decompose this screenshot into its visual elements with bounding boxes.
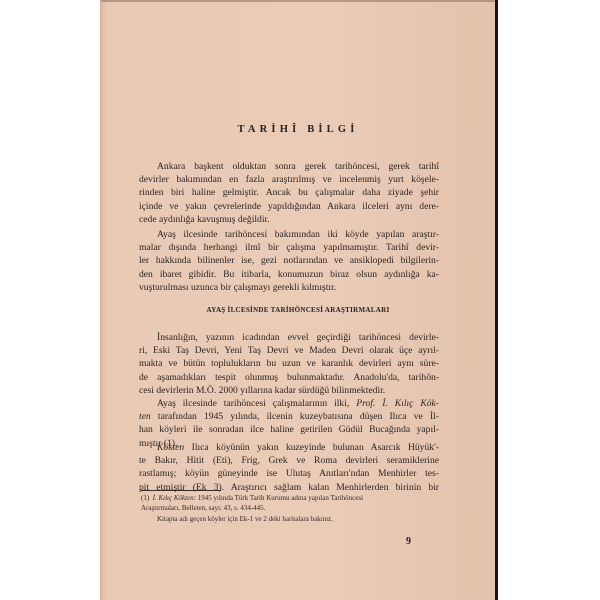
text-line: malar dışında herhangi ilmî bir çalışma … (139, 241, 439, 254)
footnote-author: İ. Kılıç Kökten: (153, 494, 196, 502)
text-line: vuşturulması uzunca bir çalışmayı gerekl… (139, 281, 439, 294)
text-span: tarafından 1945 yılında, ilcenin kuzeyba… (151, 411, 439, 422)
text-line: ri, Eski Taş Devri, Yeni Taş Devri ve Ma… (139, 344, 439, 357)
page-top-edge (101, 0, 495, 2)
text-line: ten tarafından 1945 yılında, ilcenin kuz… (139, 410, 439, 423)
text-line: rinden biri haline gelmiştir. Ancak bu ç… (139, 186, 439, 199)
text-line: ler hakkında bilinenler ise, gezi notlar… (139, 254, 439, 267)
text-line: han köyleri ile sonradan ilce haline get… (139, 423, 439, 436)
text-line: devirler bakımından en fazla araştırılmı… (139, 173, 439, 186)
paragraph-5: Kökten Ilıca köyünün yakın kuzeyinde bul… (139, 441, 439, 494)
text-line: Kökten Ilıca köyünün yakın kuzeyinde bul… (139, 441, 439, 454)
text-line: te Bakır, Hitit (Eti), Frig, Grek ve Rom… (139, 454, 439, 467)
text-line: den ibaret gibidir. Bu itibarla, konumuz… (139, 268, 439, 281)
page-number: 9 (406, 536, 411, 547)
footnote-divider (141, 490, 221, 491)
text-span: Ilıca köyünün yakın kuzeyinde bulunan As… (184, 442, 439, 453)
text-line: İnsanlığın, yazının icadından evvel geçi… (139, 331, 439, 344)
footnote-line: (1) İ. Kılıç Kökten: 1945 yılında Türk T… (141, 493, 441, 504)
text-line: içinde ve yakın çevrelerinde yapıldığınd… (139, 200, 439, 213)
text-line: rastlamış; köyün güneyinde ise Ulutaş An… (139, 467, 439, 480)
text-line: Ayaş ilcesinde tarihöncesi bakımından ik… (139, 228, 439, 241)
paragraph-2: Ayaş ilcesinde tarihöncesi bakımından ik… (139, 228, 439, 294)
footnote-number: (1) (141, 494, 149, 502)
text-line: pit etmiştir (Ek 3). Araştırıcı sağlam k… (139, 481, 439, 494)
author-name: Kökten (157, 442, 184, 453)
author-name: ten (139, 411, 151, 422)
text-span: 1945 yılında Türk Tarih Kurumu adına yap… (196, 494, 363, 502)
footnote-line: Araştırmaları, Belleten, sayı: 43, s. 43… (141, 503, 441, 514)
text-span: Ayaş ilcesinde tarihöncesi çalışmalarını… (157, 398, 356, 409)
section-subheading: AYAŞ İLCESİNDE TARİHÖNCESİ ARAŞTIRMALARI (101, 306, 495, 314)
author-name: Prof. İ. Kılıç Kök- (356, 398, 439, 409)
book-page: TARİHÎ BİLGİ Ankara başkent olduktan son… (100, 0, 498, 600)
text-line: cesi devirlerin M.Ö. 2000 yıllarına kada… (139, 384, 439, 397)
text-line: Ankara başkent olduktan sonra gerek tari… (139, 160, 439, 173)
text-line: makta ve bütün toplulukların bu uzun ve … (139, 357, 439, 370)
text-line: Ayaş ilcesinde tarihöncesi çalışmalarını… (139, 397, 439, 410)
text-line: de aşamadıkları tespit olunmuş bulunmakt… (139, 371, 439, 384)
chapter-title: TARİHÎ BİLGİ (101, 124, 495, 135)
paragraph-3: İnsanlığın, yazının icadından evvel geçi… (139, 331, 439, 397)
text-line: cede aydınlığa kavuşmuş değildir. (139, 213, 439, 226)
paragraph-1: Ankara başkent olduktan sonra gerek tari… (139, 160, 439, 226)
footnote-note: Kitapta adı geçen köyler için Ek-1 ve 2 … (157, 514, 457, 525)
